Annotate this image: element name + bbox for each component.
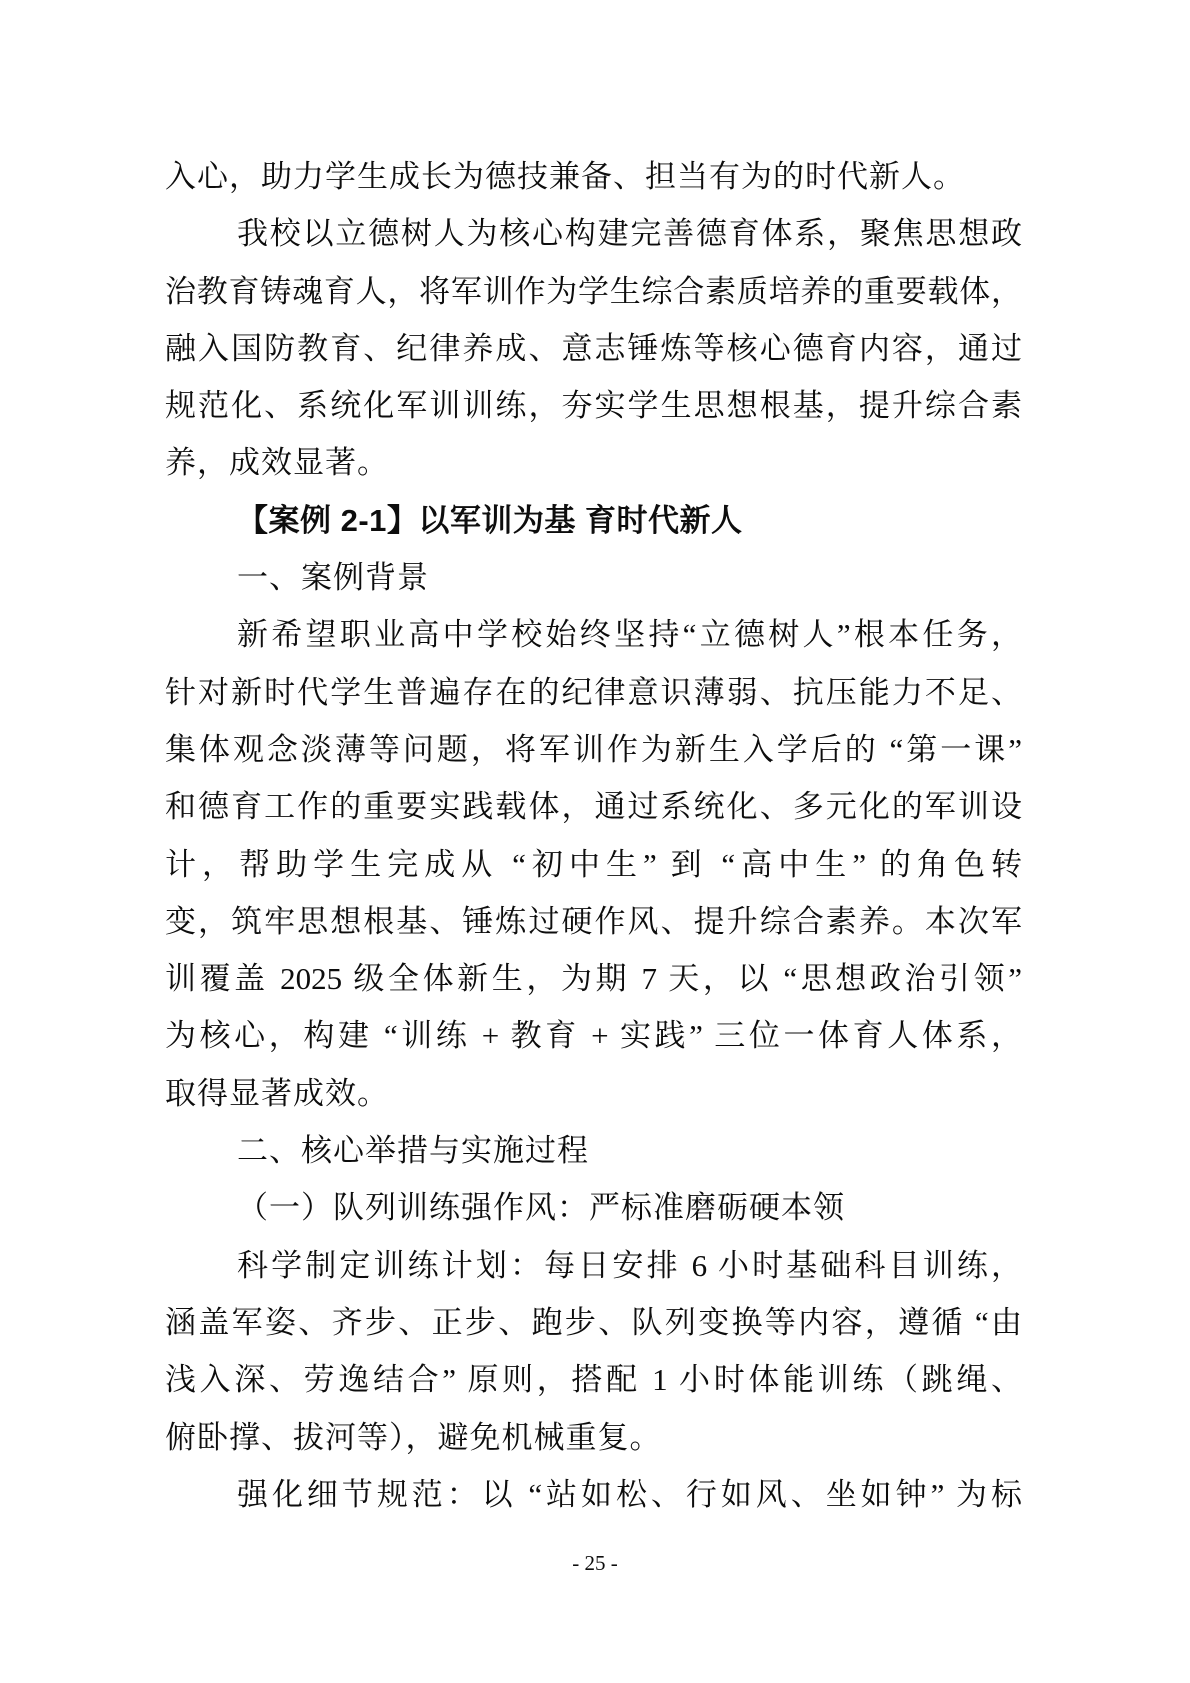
document-page: 入心，助力学生成长为德技兼备、担当有为的时代新人。我校以立德树人为核心构建完善德… xyxy=(0,0,1190,1683)
text-line: 集体观念淡薄等问题，将军训作为新生入学后的 “第一课” xyxy=(165,721,1022,778)
text-line: 变，筑牢思想根基、锤炼过硬作风、提升综合素养。本次军 xyxy=(165,893,1022,950)
text-line: 我校以立德树人为核心构建完善德育体系，聚焦思想政 xyxy=(165,205,1022,262)
text-line: 取得显著成效。 xyxy=(165,1065,1022,1122)
text-line: 针对新时代学生普遍存在的纪律意识薄弱、抗压能力不足、 xyxy=(165,664,1022,721)
text-line: 治教育铸魂育人，将军训作为学生综合素质培养的重要载体， xyxy=(165,263,1022,320)
text-line: 和德育工作的重要实践载体，通过系统化、多元化的军训设 xyxy=(165,778,1022,835)
text-line: 涵盖军姿、齐步、正步、跑步、队列变换等内容，遵循 “由 xyxy=(165,1294,1022,1351)
page-number: - 25 - xyxy=(0,1548,1190,1578)
case-title-line: 【案例 2-1】以军训为基 育时代新人 xyxy=(165,492,1022,549)
text-line: 二、核心举措与实施过程 xyxy=(165,1122,1022,1179)
text-line: 新希望职业高中学校始终坚持“立德树人”根本任务， xyxy=(165,606,1022,663)
text-line: 训覆盖 2025 级全体新生，为期 7 天，以 “思想政治引领” xyxy=(165,950,1022,1007)
text-line: 一、案例背景 xyxy=(165,549,1022,606)
text-line: 融入国防教育、纪律养成、意志锤炼等核心德育内容，通过 xyxy=(165,320,1022,377)
text-line: 俯卧撑、拔河等），避免机械重复。 xyxy=(165,1409,1022,1466)
text-line: 为核心，构建 “训练 + 教育 + 实践” 三位一体育人体系， xyxy=(165,1007,1022,1064)
text-line: （一）队列训练强作风：严标准磨砺硬本领 xyxy=(165,1179,1022,1236)
text-line: 入心，助力学生成长为德技兼备、担当有为的时代新人。 xyxy=(165,148,1022,205)
text-line: 浅入深、劳逸结合” 原则，搭配 1 小时体能训练（跳绳、 xyxy=(165,1351,1022,1408)
text-line: 计，帮助学生完成从 “初中生” 到 “高中生” 的角色转 xyxy=(165,836,1022,893)
text-line: 科学制定训练计划：每日安排 6 小时基础科目训练， xyxy=(165,1237,1022,1294)
text-line: 强化细节规范：以 “站如松、行如风、坐如钟” 为标 xyxy=(165,1466,1022,1523)
text-line: 规范化、系统化军训训练，夯实学生思想根基，提升综合素 xyxy=(165,377,1022,434)
document-body: 入心，助力学生成长为德技兼备、担当有为的时代新人。我校以立德树人为核心构建完善德… xyxy=(165,148,1022,1523)
text-line: 养，成效显著。 xyxy=(165,434,1022,491)
